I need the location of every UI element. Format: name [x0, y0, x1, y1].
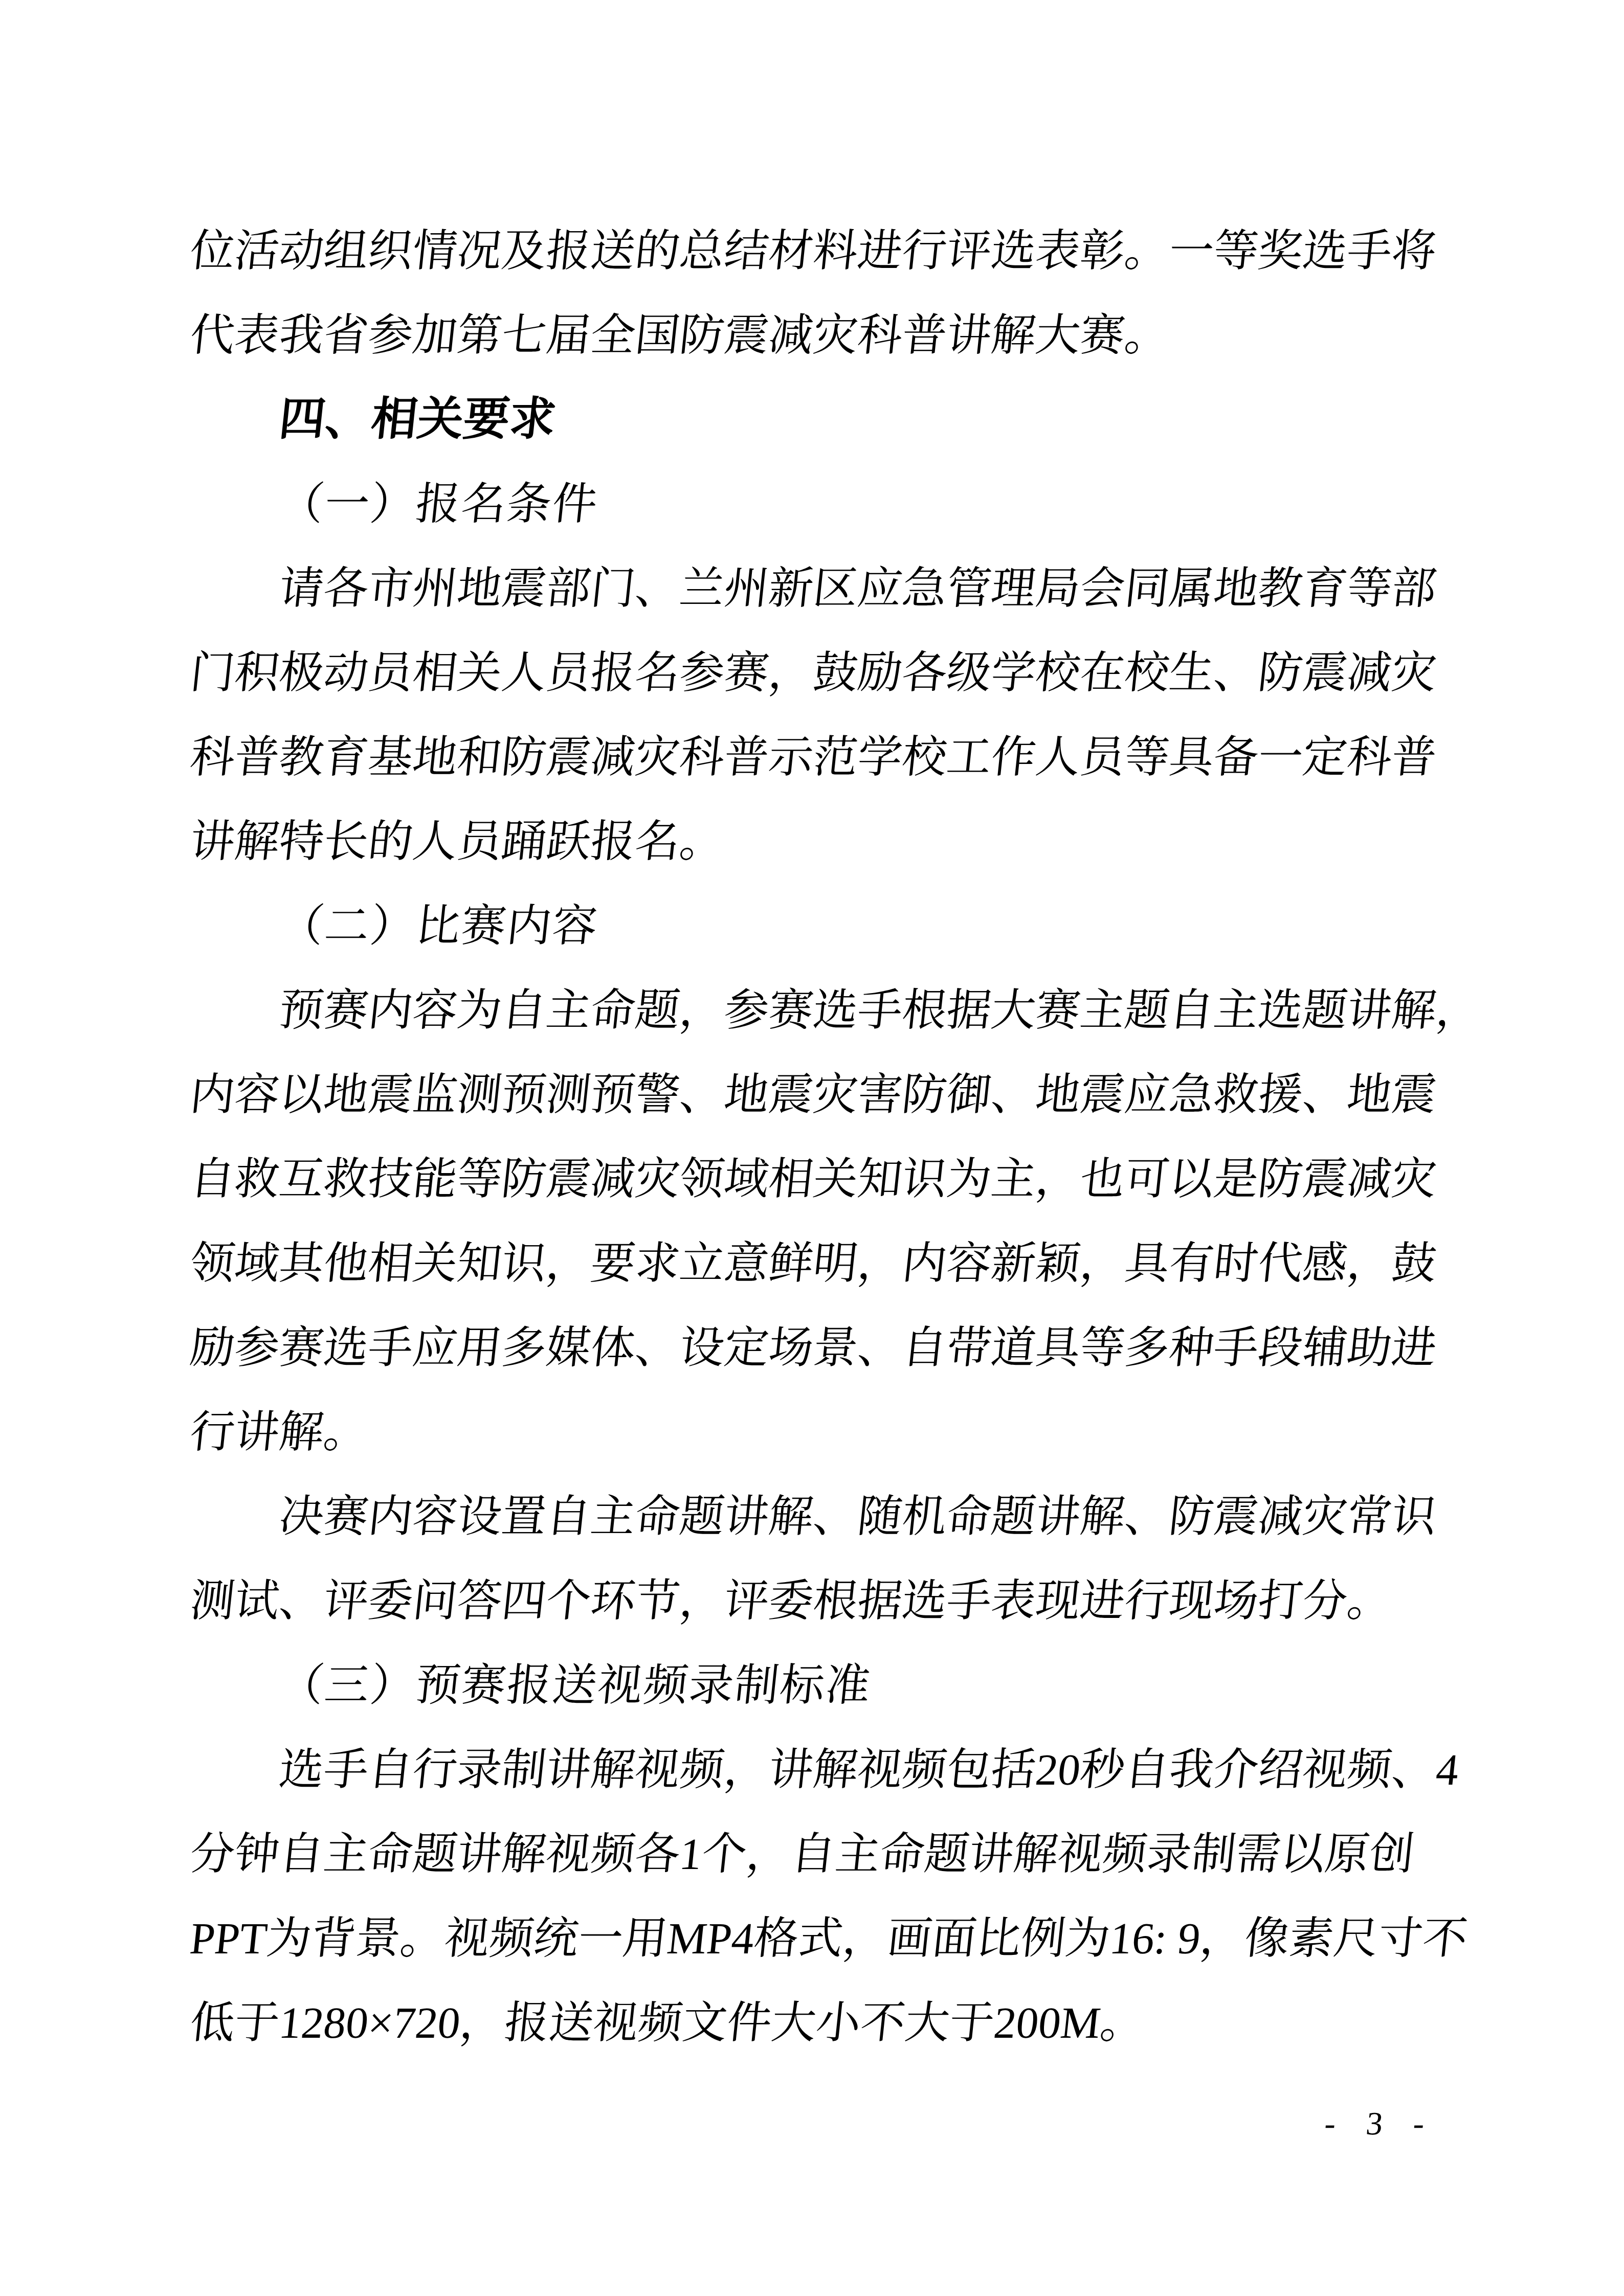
section-heading: 四、相关要求	[186, 377, 1459, 462]
text-line: 决赛内容设置自主命题讲解、随机命题讲解、防震减灾常识	[186, 1474, 1459, 1559]
text-line: 位活动组织情况及报送的总结材料进行评选表彰。一等奖选手将	[186, 209, 1459, 293]
text-line: 请各市州地震部门、兰州新区应急管理局会同属地教育等部	[186, 546, 1459, 631]
text-line: 内容以地震监测预测预警、地震灾害防御、地震应急救援、地震	[186, 1052, 1459, 1137]
subsection-heading: （三）预赛报送视频录制标准	[186, 1643, 1459, 1727]
document-page: 位活动组织情况及报送的总结材料进行评选表彰。一等奖选手将 代表我省参加第七届全国…	[0, 0, 1624, 2296]
text-line: 门积极动员相关人员报名参赛，鼓励各级学校在校生、防震减灾	[186, 631, 1459, 715]
text-line: 分钟自主命题讲解视频各1个，自主命题讲解视频录制需以原创	[186, 1812, 1459, 1896]
text-line: 行讲解。	[186, 1390, 1459, 1474]
text-line: 自救互救技能等防震减灾领域相关知识为主，也可以是防震减灾	[186, 1137, 1459, 1221]
text-line: 低于1280×720，报送视频文件大小不大于200M。	[186, 1980, 1459, 2065]
text-line: 预赛内容为自主命题，参赛选手根据大赛主题自主选题讲解，	[186, 968, 1459, 1052]
text-line: 励参赛选手应用多媒体、设定场景、自带道具等多种手段辅助进	[186, 1305, 1459, 1390]
document-body: 位活动组织情况及报送的总结材料进行评选表彰。一等奖选手将 代表我省参加第七届全国…	[190, 209, 1455, 2065]
subsection-heading: （二）比赛内容	[186, 884, 1459, 968]
page-number: - 3 -	[1322, 2096, 1439, 2152]
text-line: 科普教育基地和防震减灾科普示范学校工作人员等具备一定科普	[186, 715, 1459, 799]
text-line: 选手自行录制讲解视频，讲解视频包括20秒自我介绍视频、4	[186, 1727, 1459, 1812]
text-line: 讲解特长的人员踊跃报名。	[186, 799, 1459, 884]
text-line: 领域其他相关知识，要求立意鲜明，内容新颖，具有时代感，鼓	[186, 1221, 1459, 1305]
text-line: PPT为背景。视频统一用MP4格式，画面比例为16: 9，像素尺寸不	[186, 1896, 1459, 1980]
text-line: 代表我省参加第七届全国防震减灾科普讲解大赛。	[186, 293, 1459, 377]
subsection-heading: （一）报名条件	[186, 462, 1459, 546]
text-line: 测试、评委问答四个环节，评委根据选手表现进行现场打分。	[186, 1559, 1459, 1643]
